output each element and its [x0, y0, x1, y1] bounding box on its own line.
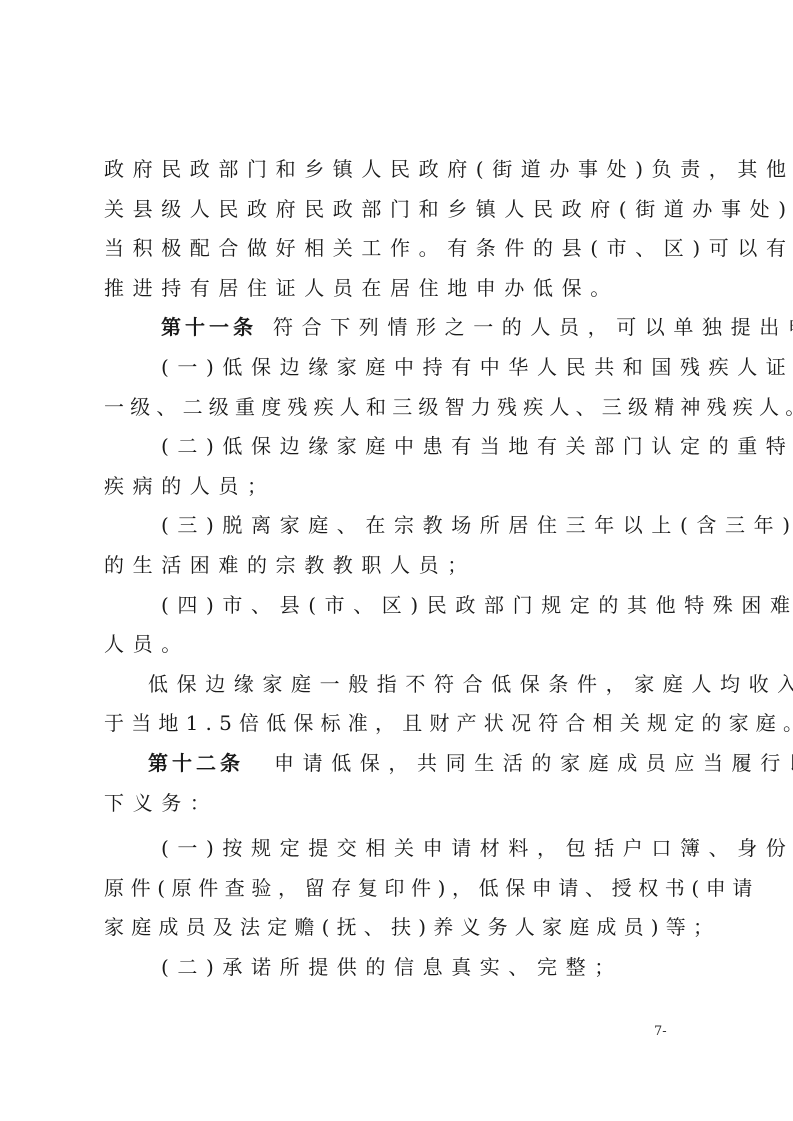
article-12-heading-line: 第十二条申请低保，共同生活的家庭成员应当履行以: [104, 744, 684, 784]
note-line: 于当地1.5倍低保标准，且财产状况符合相关规定的家庭。: [104, 704, 684, 744]
list-item-line: 一级、二级重度残疾人和三级智力残疾人、三级精神残疾人。: [104, 388, 684, 428]
document-page: 政府民政部门和乡镇人民政府(街道办事处)负责，其他有 关县级人民政府民政部门和乡…: [0, 0, 793, 1121]
article-intro: 申请低保，共同生活的家庭成员应当履行以: [274, 751, 793, 775]
list-item-line: (三)脱离家庭、在宗教场所居住三年以上(含三年): [104, 506, 684, 546]
note-line: 低保边缘家庭一般指不符合低保条件，家庭人均收入低: [104, 665, 684, 705]
list-item-line: 原件(原件查验，留存复印件)，低保申请、授权书(申请: [104, 869, 684, 909]
article-heading: 第十一条: [161, 315, 257, 339]
article-11-heading-line: 第十一条符合下列情形之一的人员，可以单独提出申请：: [104, 308, 684, 348]
list-item-line: 家庭成员及法定赡(抚、扶)养义务人家庭成员)等；: [104, 908, 684, 948]
paragraph-line: 关县级人民政府民政部门和乡镇人民政府(街道办事处)应: [104, 190, 684, 230]
list-item-line: (一)按规定提交相关申请材料，包括户口簿、身份证: [104, 829, 684, 869]
document-body: 政府民政部门和乡镇人民政府(街道办事处)负责，其他有 关县级人民政府民政部门和乡…: [104, 150, 684, 987]
article-intro: 符合下列情形之一的人员，可以单独提出申请：: [273, 315, 793, 339]
list-item-line: (二)承诺所提供的信息真实、完整；: [104, 948, 684, 988]
list-item-line: 的生活困难的宗教教职人员；: [104, 546, 684, 586]
list-item-line: 疾病的人员；: [104, 467, 684, 507]
list-item-line: (四)市、县(市、区)民政部门规定的其他特殊困难: [104, 586, 684, 626]
page-number: 7-: [654, 1024, 667, 1039]
paragraph-line: 推进持有居住证人员在居住地申办低保。: [104, 269, 684, 309]
article-intro-line: 下义务：: [104, 784, 684, 824]
article-heading: 第十二条: [148, 751, 244, 775]
list-item-line: (一)低保边缘家庭中持有中华人民共和国残疾人证的: [104, 348, 684, 388]
list-item-line: (二)低保边缘家庭中患有当地有关部门认定的重特大: [104, 427, 684, 467]
paragraph-line: 政府民政部门和乡镇人民政府(街道办事处)负责，其他有: [104, 150, 684, 190]
list-item-line: 人员。: [104, 625, 684, 665]
paragraph-line: 当积极配合做好相关工作。有条件的县(市、区)可以有序: [104, 229, 684, 269]
